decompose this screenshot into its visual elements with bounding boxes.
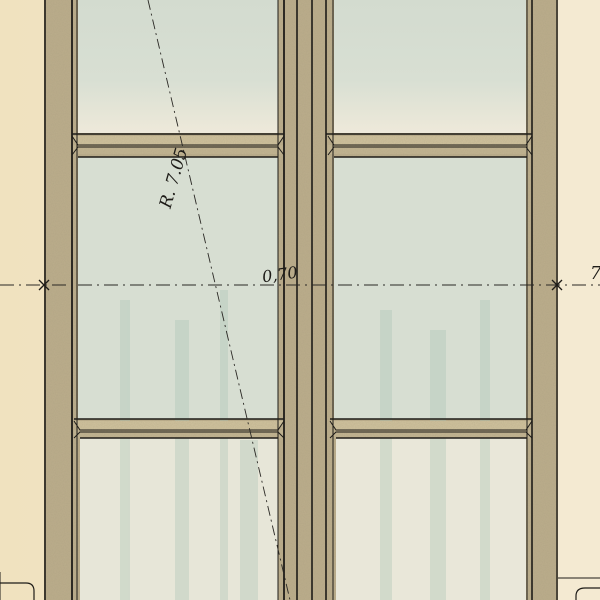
edge-dimension-label-partial: 7	[590, 263, 600, 284]
paper-right-margin	[556, 0, 600, 600]
pane-right-top	[334, 0, 526, 133]
pane-left-top	[78, 0, 278, 133]
window-elevation-drawing: R. 7.05 0,70 7	[0, 0, 600, 600]
drawing-canvas	[0, 0, 600, 600]
